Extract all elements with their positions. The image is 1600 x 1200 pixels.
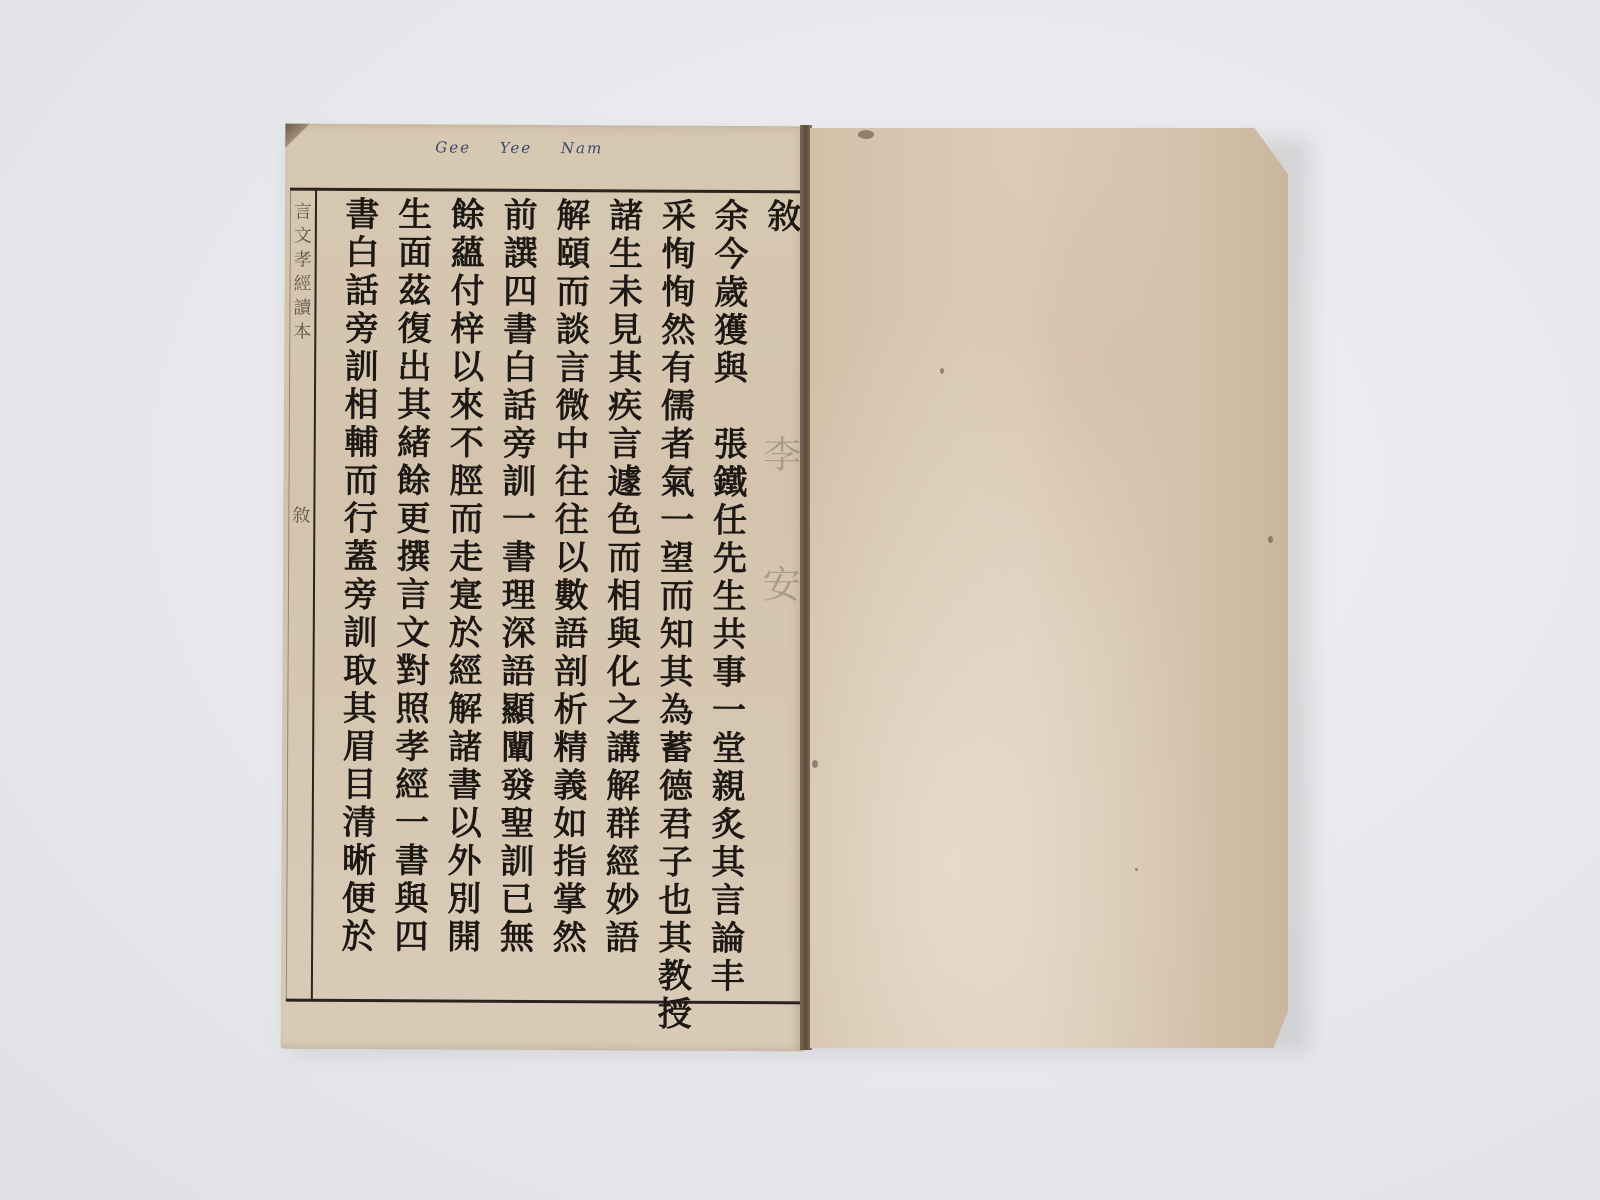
- paper-stain: [858, 130, 874, 139]
- dog-ear-corner: [285, 124, 309, 148]
- preface-text: 敘 余今歲獲與 張鐵任先生共事一堂親炙其言論丰 采恂恂然有儒者氣一望而知其為蓄德…: [331, 196, 805, 998]
- paper-speck: [812, 760, 818, 768]
- text-column-9: 書白話旁訓相輔而行蓋旁訓取其眉目清晰便於: [331, 196, 383, 996]
- text-column-8: 生面茲復出其緒餘更撰言文對照孝經一書與四: [384, 196, 436, 996]
- frame-top-rule: [290, 188, 808, 194]
- text-column-7: 餘蘊付梓以來不脛而走寔於經解諸書以外別開: [436, 196, 488, 996]
- paper-speck: [1135, 868, 1138, 871]
- text-column-4: 諸生未見其疾言遽色而相與化之講解群經妙語: [595, 197, 647, 997]
- handwritten-note: Gee Yee Nam: [435, 138, 603, 157]
- left-page: Gee Yee Nam 言文孝經讀本 敘 敘 余今歲獲與 張鐵任先生共事一堂親炙…: [281, 124, 809, 1052]
- right-page-blank: [810, 128, 1288, 1048]
- text-column-3: 采恂恂然有儒者氣一望而知其為蓄德君子也其教授: [647, 198, 699, 998]
- text-column-2: 余今歲獲與 張鐵任先生共事一堂親炙其言論丰: [700, 198, 752, 998]
- margin-book-title: 言文孝經讀本: [293, 202, 314, 346]
- paper-speck: [1268, 536, 1273, 543]
- pencil-marks: 李 安: [751, 434, 807, 642]
- paper-speck: [940, 368, 944, 374]
- text-column-6: 前譔四書白話旁訓一書理深語顯闡發聖訓已無: [489, 197, 541, 997]
- margin-section-label: 敘: [292, 506, 312, 524]
- text-column-5: 解頤而談言微中往往以數語剖析精義如指掌然: [542, 197, 594, 997]
- frame-bottom-rule: [286, 999, 804, 1005]
